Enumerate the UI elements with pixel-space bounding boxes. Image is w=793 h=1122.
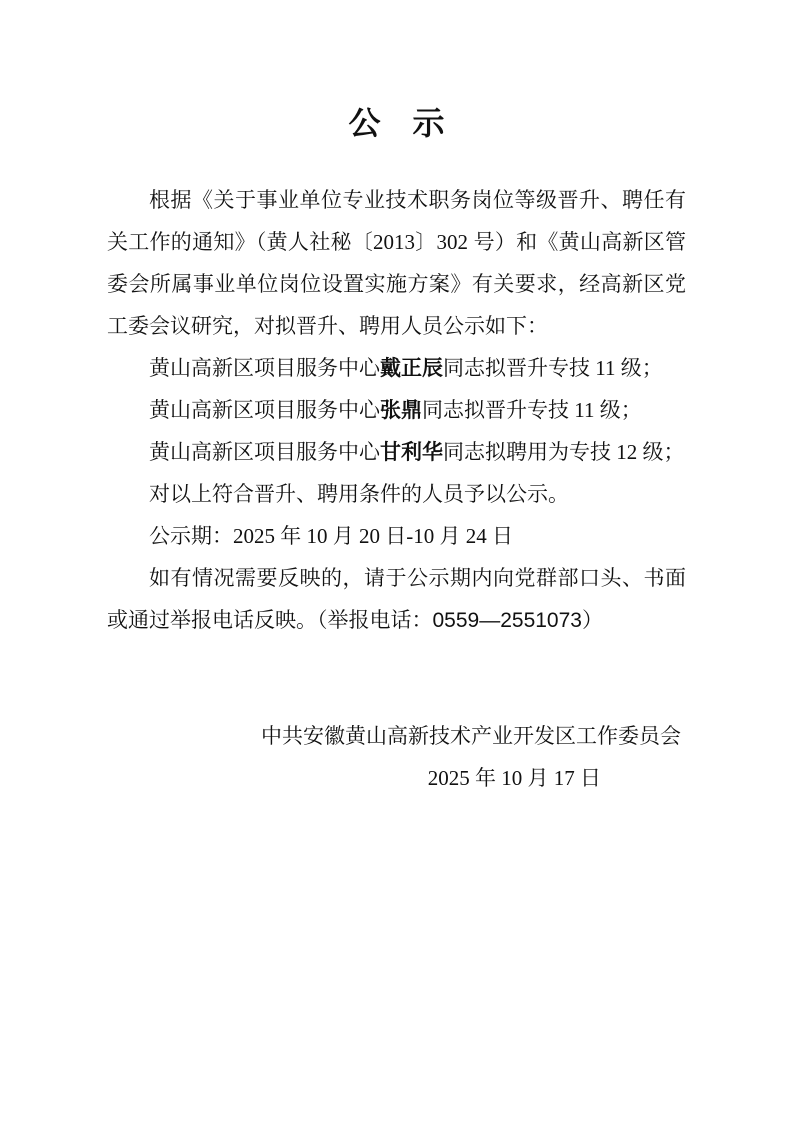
- signature-date: 2025 年 10 月 17 日: [107, 757, 686, 799]
- body-paragraph: 如有情况需要反映的，请于公示期内向党群部口头、书面或通过举报电话反映。（举报电话…: [107, 557, 686, 642]
- text-segment: 黄山高新区项目服务中心: [149, 398, 380, 422]
- text-segment: 黄山高新区项目服务中心: [149, 356, 380, 380]
- person-name: 张鼎: [380, 398, 422, 422]
- text-segment: 公示期：2025 年 10 月 20 日-10 月 24 日: [149, 524, 513, 548]
- body-paragraph: 黄山高新区项目服务中心甘利华同志拟聘用为专技 12 级；: [107, 431, 686, 473]
- body-paragraph: 黄山高新区项目服务中心张鼎同志拟晋升专技 11 级；: [107, 389, 686, 431]
- body-paragraph: 公示期：2025 年 10 月 20 日-10 月 24 日: [107, 515, 686, 557]
- text-segment: 同志拟晋升专技 11 级；: [422, 398, 642, 422]
- text-segment: 根据《关于事业单位专业技术职务岗位等级晋升、聘任有关工作的通知》（黄人社秘〔20…: [107, 188, 686, 338]
- page-title: 公 示: [107, 100, 686, 146]
- text-segment: ）: [582, 608, 603, 632]
- body-paragraph: 黄山高新区项目服务中心戴正辰同志拟晋升专技 11 级；: [107, 347, 686, 389]
- person-name: 戴正辰: [380, 356, 443, 380]
- document-body: 根据《关于事业单位专业技术职务岗位等级晋升、聘任有关工作的通知》（黄人社秘〔20…: [107, 179, 686, 642]
- announcement-page: 公 示 根据《关于事业单位专业技术职务岗位等级晋升、聘任有关工作的通知》（黄人社…: [0, 0, 793, 1122]
- text-segment: 同志拟聘用为专技 12 级；: [443, 440, 685, 464]
- body-paragraph: 根据《关于事业单位专业技术职务岗位等级晋升、聘任有关工作的通知》（黄人社秘〔20…: [107, 179, 686, 347]
- signature-block: 中共安徽黄山高新技术产业开发区工作委员会 2025 年 10 月 17 日: [107, 715, 686, 799]
- text-segment: 同志拟晋升专技 11 级；: [443, 356, 663, 380]
- text-segment: 黄山高新区项目服务中心: [149, 440, 380, 464]
- text-segment: 对以上符合晋升、聘用条件的人员予以公示。: [149, 482, 569, 506]
- signature-committee: 中共安徽黄山高新技术产业开发区工作委员会: [107, 715, 686, 757]
- phone-number: 0559—2551073: [433, 609, 582, 632]
- person-name: 甘利华: [380, 440, 443, 464]
- body-paragraph: 对以上符合晋升、聘用条件的人员予以公示。: [107, 473, 686, 515]
